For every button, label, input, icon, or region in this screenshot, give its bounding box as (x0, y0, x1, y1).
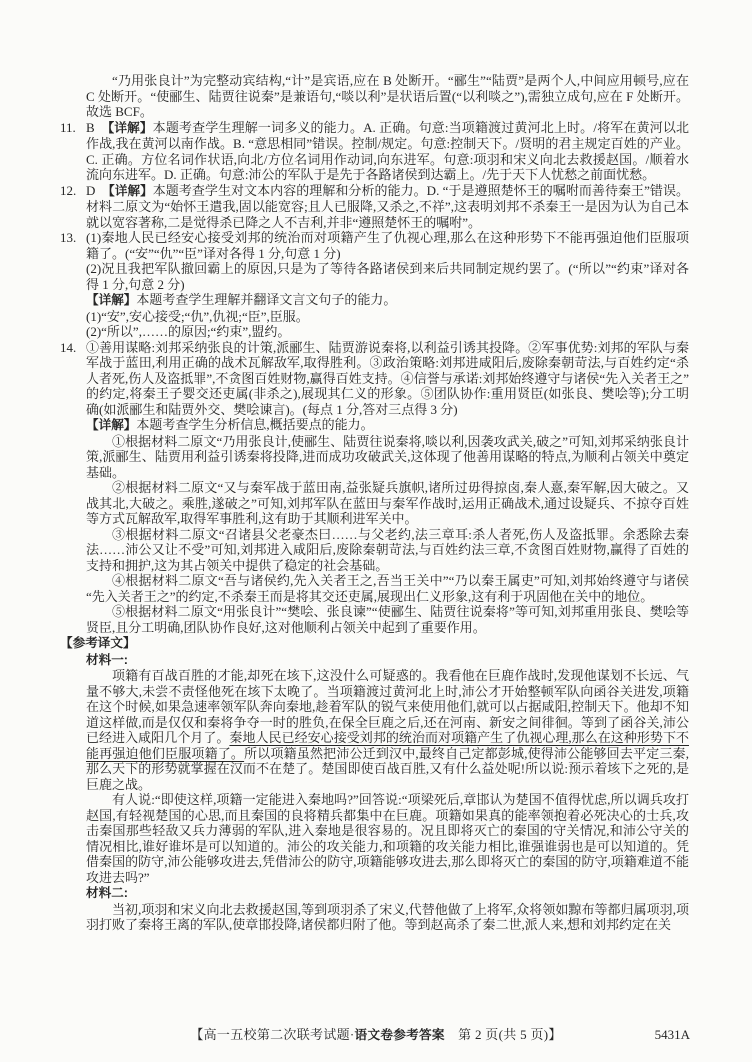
text-segment: ①根据材料二原文“乃用张良计,使郦生、陆贾往说秦将,啖以利,因袭攻武关,破之”可… (86, 434, 689, 480)
reference-translation-heading: 【参考译文】 (60, 635, 689, 652)
answer-14: 14.①善用谋略:刘邦采纳张良的计策,派郦生、陆贾游说秦将,以利益引诱其投降。②… (86, 340, 689, 418)
answer-10-continuation: “乃用张良计”为完整动宾结构,“计”是宾语,应在 B 处断开。“郦生”“陆贾”是… (86, 73, 689, 120)
text-segment: 本题考查学生对文本内容的理解和分析的能力。D. “于是遵照楚怀王的嘱咐而善待秦王… (86, 183, 689, 230)
footer-page-number: 第 2 页(共 5 页)】 (445, 1027, 562, 1042)
footer-exam-name: 【高一五校第二次联考试题· (190, 1027, 354, 1042)
answer-14-point-3: ③根据材料二原文“召诸县父老豪杰曰……与父老约,法三章耳:杀人者死,伤人及盗抵罪… (86, 527, 689, 574)
bold-label: 【详解】 (108, 184, 152, 198)
text-segment: 本题考查学生理解一词多义的能力。A. 正确。句意:当项籍渡过黄河北上时。/将军在… (86, 120, 689, 183)
answer-13-explain: 【详解】本题考查学生理解并翻译文言文句子的能力。 (86, 292, 689, 309)
answer-12: 12.D 【详解】本题考查学生对文本内容的理解和分析的能力。D. “于是遵照楚怀… (86, 183, 689, 231)
translation-material-1-para-2: 有人说:“即使这样,项籍一定能进入秦地吗?”回答说:“项梁死后,章邯认为楚国不值… (86, 792, 689, 885)
text-segment: ⑤根据材料二原文“用张良计”“樊哙、张良谏”“使郦生、陆贾往说秦将”等可知,刘邦… (86, 604, 689, 635)
item-number: 13. (60, 230, 86, 246)
answer-14-point-5: ⑤根据材料二原文“用张良计”“樊哙、张良谏”“使郦生、陆贾往说秦将”等可知,刘邦… (86, 604, 689, 635)
item-number: 12. (60, 183, 86, 199)
answer-13-part1: 13.(1)秦地人民已经安心接受刘邦的统治而对项籍产生了仇视心理,那么在这种形势… (86, 230, 689, 261)
translation-material-1-para-1: 项籍有百战百胜的才能,却死在垓下,这没什么可疑惑的。我看他在巨鹿作战时,发现他谋… (86, 668, 689, 792)
answer-13-explain-2: (2)“所以”,……的原因;“约束”,盟约。 (86, 324, 689, 340)
answer-14-explain: 【详解】本题考查学生分析信息,概括要点的能力。 (86, 417, 689, 434)
item-number: 14. (60, 340, 86, 356)
document-page: “乃用张良计”为完整动宾结构,“计”是宾语,应在 B 处断开。“郦生”“陆贾”是… (0, 0, 752, 1062)
bold-label: 【详解】 (86, 418, 136, 432)
text-segment: (2)况且我把军队撤回霸上的原因,只是为了等待各路诸侯到来后共同制定规约罢了。(… (86, 261, 689, 292)
text-segment: D (86, 183, 108, 198)
text-segment: ②根据材料二原文“又与秦军战于蓝田南,益张疑兵旗帜,诸所过毋得掠卤,秦人憙,秦军… (86, 480, 689, 526)
answer-11: 11.B 【详解】本题考查学生理解一词多义的能力。A. 正确。句意:当项籍渡过黄… (86, 120, 689, 183)
text-segment: ③根据材料二原文“召诸县父老豪杰曰……与父老约,法三章耳:杀人者死,伤人及盗抵罪… (86, 527, 689, 573)
translation-material-2-para-1: 当初,项羽和宋义向北去救援赵国,等到项羽杀了宋义,代替他做了上将军,众将领如黥布… (86, 902, 689, 933)
text-segment: (1)“安”,安心接受;“仇”,仇视;“臣”,臣服。 (86, 309, 309, 324)
answer-14-point-2: ②根据材料二原文“又与秦军战于蓝田南,益张疑兵旗帜,诸所过毋得掠卤,秦人憙,秦军… (86, 480, 689, 527)
text-segment: 本题考查学生理解并翻译文言文句子的能力。 (136, 292, 396, 307)
answer-13-part2: (2)况且我把军队撤回霸上的原因,只是为了等待各路诸侯到来后共同制定规约罢了。(… (86, 261, 689, 292)
bold-label: 材料二: (86, 886, 128, 900)
footer-title: 【高一五校第二次联考试题·语文卷参考答案 第 2 页(共 5 页)】 (0, 1027, 752, 1043)
text-segment: 当初,项羽和宋义向北去救援赵国,等到项羽杀了宋义,代替他做了上将军,众将领如黥布… (86, 902, 689, 933)
paper-code: 5431A (655, 1027, 690, 1043)
answer-content: “乃用张良计”为完整动宾结构,“计”是宾语,应在 B 处断开。“郦生”“陆贾”是… (86, 73, 689, 933)
footer-paper-name: 语文卷参考答案 (355, 1028, 445, 1042)
text-segment: 有人说:“即使这样,项籍一定能进入秦地吗?”回答说:“项梁死后,章邯认为楚国不值… (86, 792, 689, 885)
text-segment: ①善用谋略:刘邦采纳张良的计策,派郦生、陆贾游说秦将,以利益引诱其投降。②军事优… (86, 340, 689, 417)
text-segment: “乃用张良计”为完整动宾结构,“计”是宾语,应在 B 处断开。“郦生”“陆贾”是… (86, 73, 689, 119)
text-segment: (2)“所以”,……的原因;“约束”,盟约。 (86, 324, 290, 339)
material-1-heading: 材料一: (86, 652, 689, 669)
text-segment: B (86, 120, 108, 135)
bold-label: 【参考译文】 (60, 636, 136, 650)
text-segment: (1)秦地人民已经安心接受刘邦的统治而对项籍产生了仇视心理,那么在这种形势下不能… (86, 230, 689, 261)
bold-label: 【详解】 (86, 293, 136, 307)
text-segment: 本题考查学生分析信息,概括要点的能力。 (136, 417, 373, 432)
page-footer: 【高一五校第二次联考试题·语文卷参考答案 第 2 页(共 5 页)】 5431A (0, 1027, 752, 1043)
text-segment: ④根据材料二原文“吾与诸侯约,先入关者王之,吾当王关中”“乃以秦王属吏”可知,刘… (86, 573, 689, 604)
answer-14-point-4: ④根据材料二原文“吾与诸侯约,先入关者王之,吾当王关中”“乃以秦王属吏”可知,刘… (86, 573, 689, 604)
answer-13-explain-1: (1)“安”,安心接受;“仇”,仇视;“臣”,臣服。 (86, 309, 689, 325)
material-2-heading: 材料二: (86, 885, 689, 902)
bold-label: 材料一: (86, 653, 128, 667)
item-number: 11. (60, 120, 86, 136)
answer-14-point-1: ①根据材料二原文“乃用张良计,使郦生、陆贾往说秦将,啖以利,因袭攻武关,破之”可… (86, 434, 689, 481)
bold-label: 【详解】 (108, 121, 153, 135)
